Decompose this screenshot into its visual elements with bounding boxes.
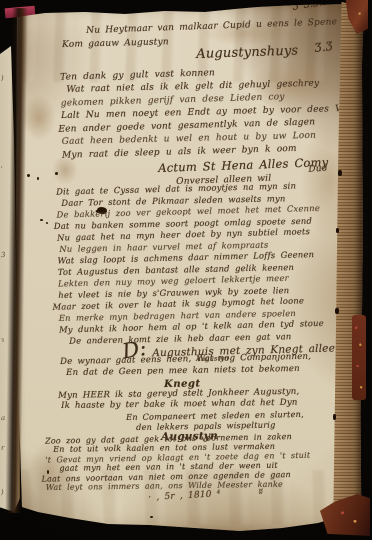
fore-edge-speck	[338, 170, 342, 176]
ink-speck	[40, 219, 43, 221]
verso-ink-mark: )	[1, 488, 4, 496]
actum-margin-mark: Dud	[308, 163, 328, 175]
book-photograph: )ʹ3ɿar) Ʒ Ʒ.Ʒ.Ʒ. Nu Heytmaar van malkaar…	[0, 0, 372, 540]
stanza-1: Ten dank gy gult vast konnenWat raat nie…	[60, 64, 363, 162]
verso-ink-mark: a	[1, 414, 6, 422]
verso-ink-mark: r	[1, 444, 5, 452]
ink-speck	[150, 516, 153, 518]
verso-ink-mark: )	[1, 74, 4, 82]
fore-edge-speck	[333, 414, 336, 420]
stanza-2: Dit gaat te Cyssa wel dat is mooytjes na…	[56, 180, 324, 347]
manuscript-page: Ʒ Ʒ.Ʒ.Ʒ. Nu Heytmaar van malkaar Cupid u…	[0, 0, 372, 540]
cover-edge-marbled	[352, 315, 366, 400]
ink-speck	[46, 222, 48, 224]
verso-ink-mark: ʹ	[1, 166, 4, 174]
stanza-3: Zoo zoo gy dat gaat gek tot ons voorneme…	[45, 432, 311, 492]
fore-edge-speck	[335, 308, 339, 314]
verso-ink-mark: 3	[1, 251, 6, 259]
ink-speck	[27, 174, 30, 177]
verso-ink-mark: ɿ	[1, 336, 5, 344]
ink-speck	[37, 177, 39, 180]
bottom-squiggle: ʬ	[258, 487, 264, 496]
corner-flourish-2: Ʒ.Ʒ	[314, 39, 333, 55]
fore-edge-speck	[336, 228, 339, 233]
stain	[22, 95, 56, 141]
ink-speck	[55, 172, 58, 175]
